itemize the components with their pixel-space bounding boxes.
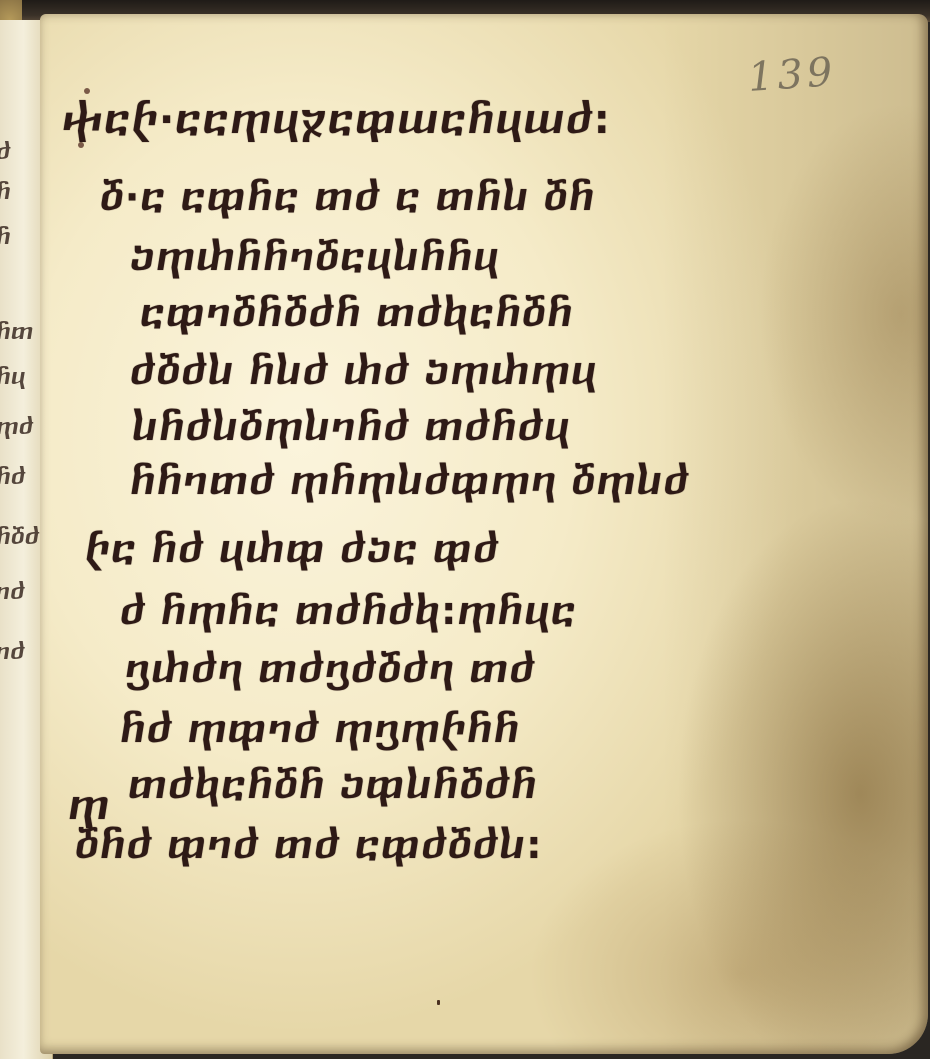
text-line-6: ⴑⴌⴛⴑⴃⴅⴑⴈⴌⴛ ⴇⴛⴌⴛⴗ xyxy=(132,408,571,446)
previous-leaf-line: ⴛ xyxy=(0,140,11,165)
text-line-2: ⴃ·ⴀ ⴀⴔⴌⴀ ⴇⴛ ⴀ ⴇⴌⴑ ⴃⴌ xyxy=(100,178,595,216)
text-line-1: ⴕⴀⴡ·ⴀⴀⴅⴗⴟⴀⴔⴍⴀⴌⴗⴍⴛ: xyxy=(62,100,611,140)
text-line-3: ⴢⴅⴐⴌⴌⴈⴃⴀⴗⴑⴌⴌⴗ xyxy=(130,238,500,276)
ink-speck xyxy=(437,1000,440,1005)
ornament-dot xyxy=(84,88,90,94)
text-line-7: ⴌⴌⴈⴇⴛ ⴅⴌⴅⴑⴛⴔⴅⴄ ⴃⴅⴑⴛ xyxy=(130,462,690,500)
text-line-13: ⴃⴌⴛ ⴔⴈⴛ ⴇⴛ ⴀⴔⴛⴃⴛⴑ: xyxy=(75,826,542,864)
previous-leaf-line: ⴌⴛ xyxy=(0,465,26,490)
text-line-8: ⴡⴀ ⴌⴛ ⴗⴐⴔ ⴛⴢⴀ ⴔⴛ xyxy=(85,530,500,568)
previous-leaf-line: ⴌⴗ xyxy=(0,365,26,390)
margin-initial-letter: ⴅ xyxy=(68,786,110,826)
text-line-5: ⴛⴃⴛⴑ ⴌⴑⴛ ⴐⴛ ⴢⴅⴐⴅⴗ xyxy=(130,352,598,390)
text-line-10: ⴂⴐⴛⴄ ⴇⴛⴂⴛⴃⴛⴄ ⴇⴛ xyxy=(125,650,536,688)
text-line-11: ⴌⴛ ⴅⴔⴈⴛ ⴅⴂⴅⴡⴌⴌ xyxy=(120,710,520,748)
text-line-4: ⴀⴔⴈⴃⴌⴃⴛⴌ ⴇⴛⴉⴀⴌⴃⴌ xyxy=(140,294,574,332)
previous-leaf-line: ⴌⴇ xyxy=(0,320,34,345)
text-line-9: ⴛ ⴌⴅⴌⴀ ⴇⴛⴌⴛⴉ:ⴅⴌⴗⴀ xyxy=(120,592,577,630)
folio-number: 139 xyxy=(747,49,838,101)
previous-leaf-line: ⴈⴛ xyxy=(0,580,25,605)
previous-leaf-line: ⴌⴃⴛ xyxy=(0,525,40,550)
previous-leaf-line: ⴌ xyxy=(0,225,11,250)
manuscript-photo: ⴛ ⴌ ⴌ ⴌⴇ ⴌⴗ ⴅⴛ ⴌⴛ ⴌⴃⴛ ⴈⴛ ⴈⴛ 139 ⴕⴀⴡ·ⴀⴀⴅⴗ… xyxy=(0,0,930,1059)
previous-leaf-line: ⴈⴛ xyxy=(0,640,25,665)
previous-leaf-line: ⴌ xyxy=(0,180,11,205)
previous-leaf-line: ⴅⴛ xyxy=(0,415,33,440)
text-line-12: ⴇⴛⴉⴀⴌⴃⴌ ⴢⴔⴑⴌⴃⴛⴌ xyxy=(128,766,538,804)
